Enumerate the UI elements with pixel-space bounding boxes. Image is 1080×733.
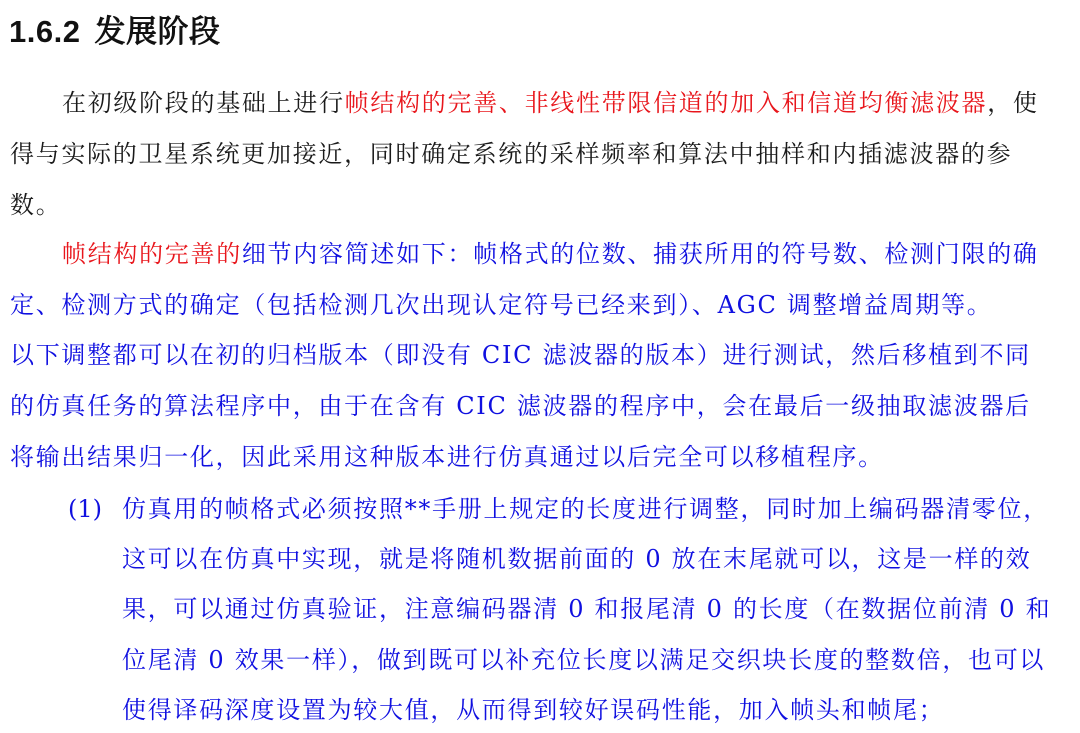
paragraph-2-line-2: 定、检测方式的确定（包括检测几次出现认定符号已经来到）、AGC 调整增益周期等。 [10, 290, 993, 320]
highlighted-text: 帧结构的完善、非线性带限信道的加入和信道均衡滤波器 [345, 89, 988, 117]
paragraph-1-line-2: 得与实际的卫星系统更加接近，同时确定系统的采样频率和算法中抽样和内插滤波器的参 [10, 139, 1012, 169]
section-title: 发展阶段 [94, 14, 220, 49]
paragraph-3-line-1: 以下调整都可以在初的归档版本（即没有 CIC 滤波器的版本）进行测试，然后移植到… [10, 340, 1031, 370]
text-span: 在初级阶段的基础上进行 [62, 89, 345, 117]
list-item-line-4: 位尾清 0 效果一样），做到既可以补充位长度以满足交织块长度的整数倍，也可以 [122, 645, 1045, 675]
list-item-line-3: 果，可以通过仿真验证，注意编码器清 0 和报尾清 0 的长度（在数据位前清 0 … [122, 594, 1051, 624]
list-item-line-2: 这可以在仿真中实现，就是将随机数据前面的 0 放在末尾就可以，这是一样的效 [122, 544, 1031, 574]
list-item-line-1: 仿真用的帧格式必须按照**手册上规定的长度进行调整，同时加上编码器清零位， [122, 494, 1049, 524]
text-span: ，使 [987, 89, 1038, 117]
paragraph-3-line-2: 的仿真任务的算法程序中，由于在含有 CIC 滤波器的程序中，会在最后一级抽取滤波… [10, 391, 1031, 421]
paragraph-2-line-1: 帧结构的完善的细节内容简述如下：帧格式的位数、捕获所用的符号数、检测门限的确 [62, 239, 1039, 269]
list-item-line-5: 使得译码深度设置为较大值，从而得到较好误码性能，加入帧头和帧尾； [122, 695, 944, 725]
paragraph-3-line-3: 将输出结果归一化，因此采用这种版本进行仿真通过以后完全可以移植程序。 [10, 442, 884, 472]
text-span: 细节内容简述如下：帧格式的位数、捕获所用的符号数、检测门限的确 [242, 240, 1039, 268]
highlighted-text: 帧结构的完善的 [62, 240, 242, 268]
list-item-label: (1) [68, 494, 102, 524]
section-number: 1.6.2 [9, 14, 80, 49]
paragraph-1-line-1: 在初级阶段的基础上进行帧结构的完善、非线性带限信道的加入和信道均衡滤波器，使 [62, 88, 1039, 118]
paragraph-1-line-3: 数。 [10, 190, 61, 220]
section-heading: 1.6.2发展阶段 [9, 6, 220, 51]
